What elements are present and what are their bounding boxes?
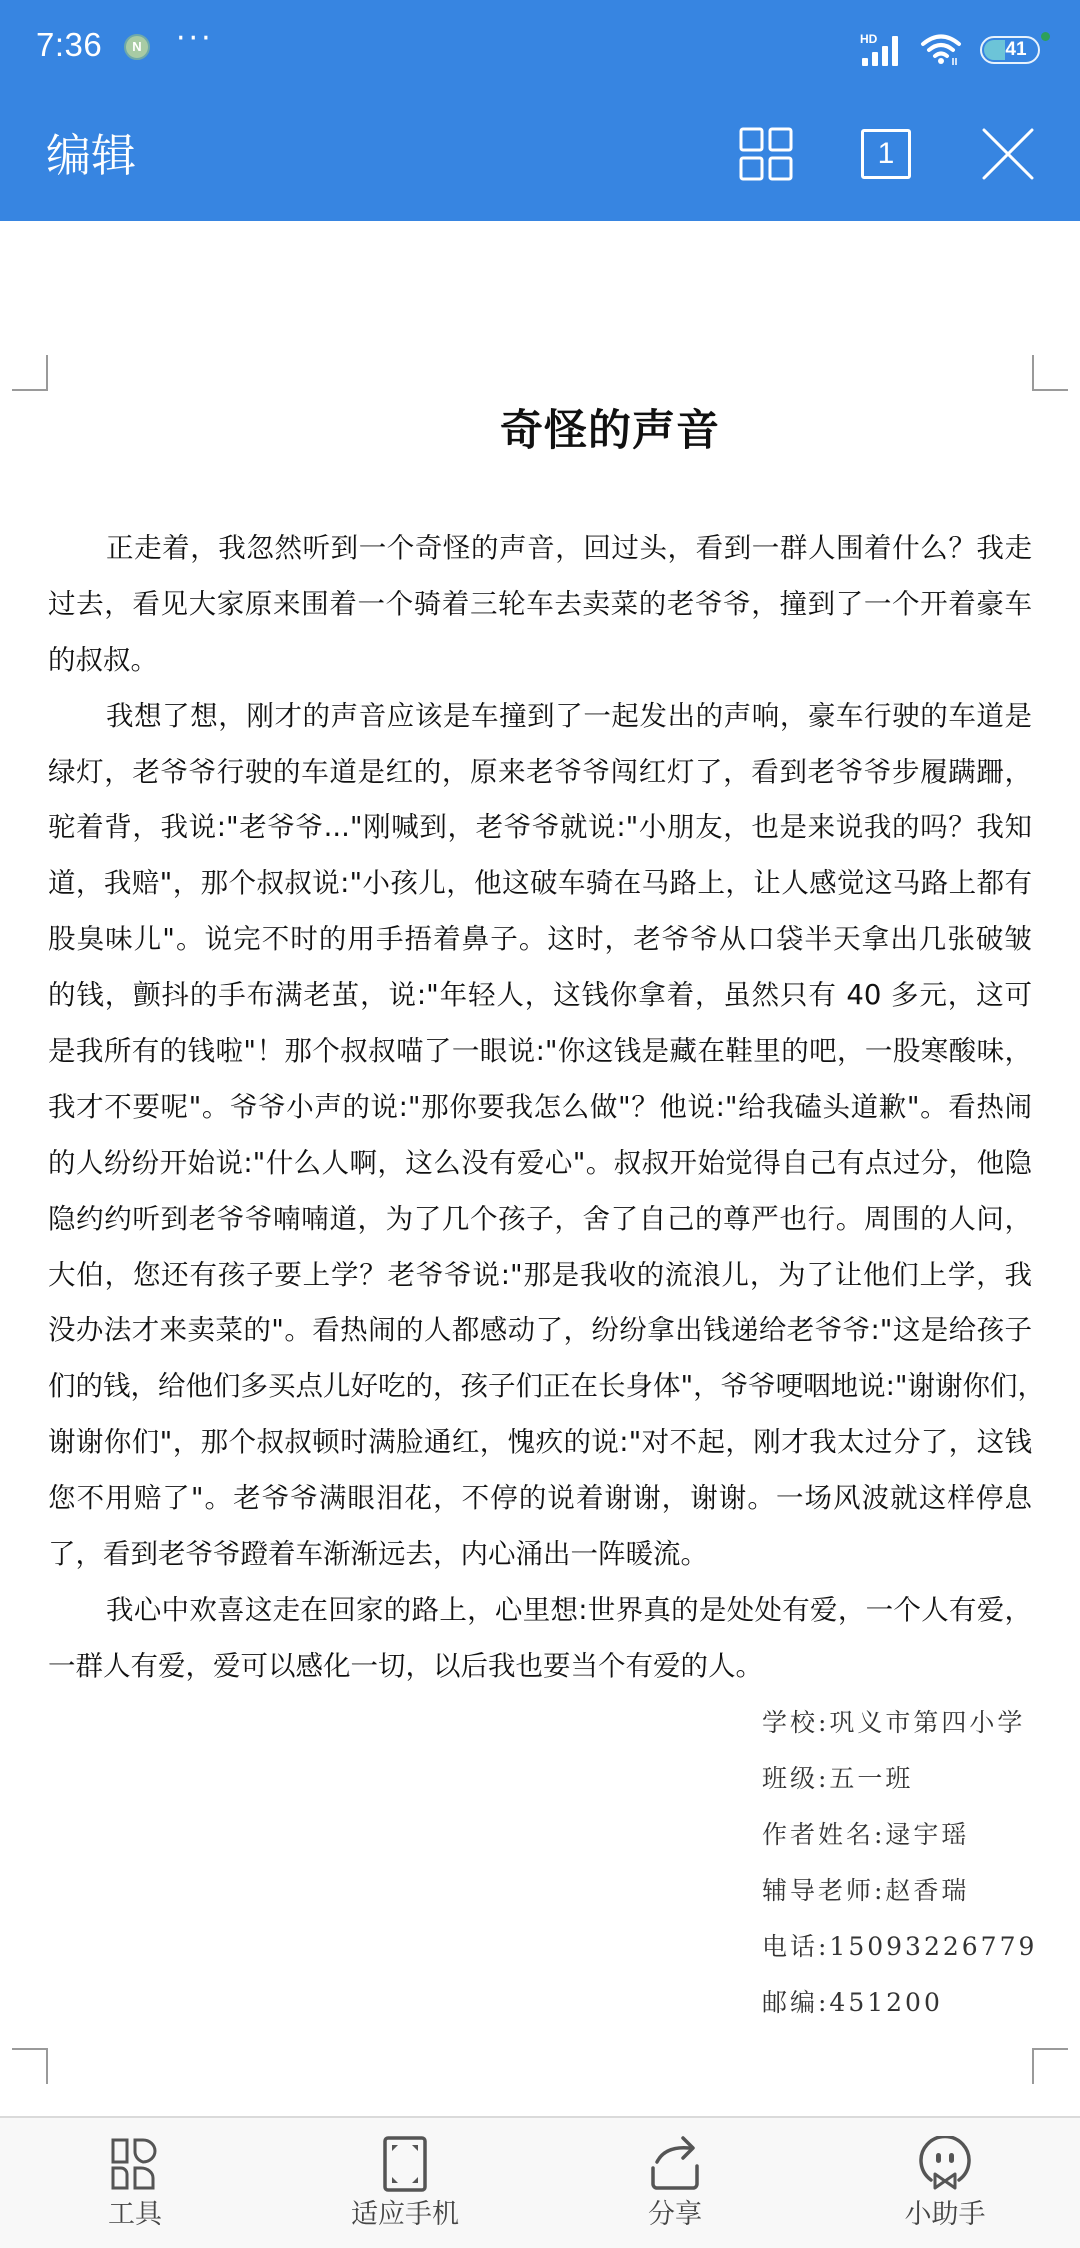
document-title: 奇怪的声音 xyxy=(0,397,1080,458)
teacher-line: 辅导老师:赵香瑞 xyxy=(762,1863,1037,1919)
charging-indicator xyxy=(1041,32,1050,41)
school-line: 学校:巩义市第四小学 xyxy=(762,1695,1037,1751)
close-icon xyxy=(982,128,1034,180)
page-count-button[interactable]: 1 xyxy=(858,126,914,182)
tools-icon xyxy=(107,2136,163,2192)
notification-icon: N xyxy=(124,34,150,60)
text-line: 的钱，颤抖的手布满老茧，说:"年轻人，这钱你拿着，虽然只有 40 多元，这可 xyxy=(48,968,1032,1024)
share-icon xyxy=(647,2136,703,2192)
text-line: 了，看到老爷爷蹬着车渐渐远去，内心涌出一阵暖流。 xyxy=(48,1527,1032,1583)
text-line: 隐约约听到老爷爷喃喃道，为了几个孩子，舍了自己的尊严也行。周围的人问， xyxy=(48,1192,1032,1248)
fit-phone-button[interactable]: 适应手机 xyxy=(270,2118,540,2248)
page-corner-mark xyxy=(12,2048,48,2084)
share-button[interactable]: 分享 xyxy=(540,2118,810,2248)
bottom-toolbar: 工具 适应手机 分享 小助手 xyxy=(0,2116,1080,2248)
hd-label: HD xyxy=(860,32,877,46)
page-corner-mark xyxy=(12,355,48,391)
author-signature-block: 学校:巩义市第四小学 班级:五一班 作者姓名:逯宇瑶 辅导老师:赵香瑞 电话:1… xyxy=(762,1695,1037,2031)
document-page[interactable]: 奇怪的声音 正走着，我忽然听到一个奇怪的声音，回过头，看到一群人围着什么？我走 … xyxy=(0,221,1080,2116)
text-line: 我心中欢喜这走在回家的路上，心里想:世界真的是处处有爱，一个人有爱， xyxy=(48,1583,1032,1639)
assistant-button[interactable]: 小助手 xyxy=(810,2118,1080,2248)
text-line: 驼着背，我说:"老爷爷..."刚喊到，老爷爷就说:"小朋友，也是来说我的吗？我知 xyxy=(48,800,1032,856)
more-notifications-icon: ··· xyxy=(176,26,214,52)
status-time: 7:36 xyxy=(36,26,102,64)
text-line: 谢谢你们"，那个叔叔顿时满脸通红，愧疚的说:"对不起，刚才我太过分了，这钱 xyxy=(48,1415,1032,1471)
fit-phone-icon xyxy=(377,2136,433,2192)
tools-button[interactable]: 工具 xyxy=(0,2118,270,2248)
text-line: 道，我赔"，那个叔叔说:"小孩儿，他这破车骑在马路上，让人感觉这马路上都有 xyxy=(48,856,1032,912)
grid-view-button[interactable] xyxy=(738,126,794,182)
signal-icon: HD xyxy=(860,34,902,66)
text-line: 们的钱，给他们多买点儿好吃的，孩子们正在长身体"，爷爷哽咽地说:"谢谢你们， xyxy=(48,1359,1032,1415)
battery-level: 41 xyxy=(982,39,1038,61)
text-line: 的人纷纷开始说:"什么人啊，这么没有爱心"。叔叔开始觉得自己有点过分，他隐 xyxy=(48,1136,1032,1192)
postcode-line: 邮编:451200 xyxy=(762,1975,1037,2031)
text-line: 的叔叔。 xyxy=(48,633,1032,689)
grid-icon xyxy=(739,127,793,181)
wifi-icon xyxy=(920,32,962,66)
share-label: 分享 xyxy=(648,2198,702,2232)
page-corner-mark xyxy=(1032,355,1068,391)
app-title: 编辑 xyxy=(46,126,136,186)
text-line: 是我所有的钱啦"！那个叔叔喵了一眼说:"你这钱是藏在鞋里的吧，一股寒酸味， xyxy=(48,1024,1032,1080)
text-line: 我想了想，刚才的声音应该是车撞到了一起发出的声响，豪车行驶的车道是 xyxy=(48,689,1032,745)
class-line: 班级:五一班 xyxy=(762,1751,1037,1807)
author-line: 作者姓名:逯宇瑶 xyxy=(762,1807,1037,1863)
status-indicators: HD 41 xyxy=(860,30,1040,66)
text-line: 一群人有爱，爱可以感化一切，以后我也要当个有爱的人。 xyxy=(48,1639,1032,1695)
text-line: 没办法才来卖菜的"。看热闹的人都感动了，纷纷拿出钱递给老爷爷:"这是给孩子 xyxy=(48,1303,1032,1359)
tools-label: 工具 xyxy=(108,2198,162,2232)
phone-line: 电话:15093226779 xyxy=(762,1919,1037,1975)
page-icon: 1 xyxy=(861,129,911,179)
text-line: 过去，看见大家原来围着一个骑着三轮车去卖菜的老爷爷，撞到了一个开着豪车 xyxy=(48,577,1032,633)
text-line: 大伯，您还有孩子要上学？老爷爷说:"那是我收的流浪儿，为了让他们上学，我 xyxy=(48,1248,1032,1304)
assistant-label: 小助手 xyxy=(905,2198,986,2232)
document-body: 正走着，我忽然听到一个奇怪的声音，回过头，看到一群人围着什么？我走 过去，看见大… xyxy=(48,521,1032,1695)
close-button[interactable] xyxy=(980,126,1036,182)
top-header: 7:36 N ··· HD 41 编辑 xyxy=(0,0,1080,221)
page-corner-mark xyxy=(1032,2048,1068,2084)
text-line: 正走着，我忽然听到一个奇怪的声音，回过头，看到一群人围着什么？我走 xyxy=(48,521,1032,577)
text-line: 我才不要呢"。爷爷小声的说:"那你要我怎么做"？他说:"给我磕头道歉"。看热闹 xyxy=(48,1080,1032,1136)
fit-phone-label: 适应手机 xyxy=(351,2198,459,2232)
text-line: 绿灯，老爷爷行驶的车道是红的，原来老爷爷闯红灯了，看到老爷爷步履蹒跚， xyxy=(48,745,1032,801)
text-line: 股臭味儿"。说完不时的用手捂着鼻子。这时，老爷爷从口袋半天拿出几张破皱 xyxy=(48,912,1032,968)
text-line: 您不用赔了"。老爷爷满眼泪花，不停的说着谢谢，谢谢。一场风波就这样停息 xyxy=(48,1471,1032,1527)
battery-icon: 41 xyxy=(980,36,1040,64)
assistant-icon xyxy=(917,2136,973,2192)
